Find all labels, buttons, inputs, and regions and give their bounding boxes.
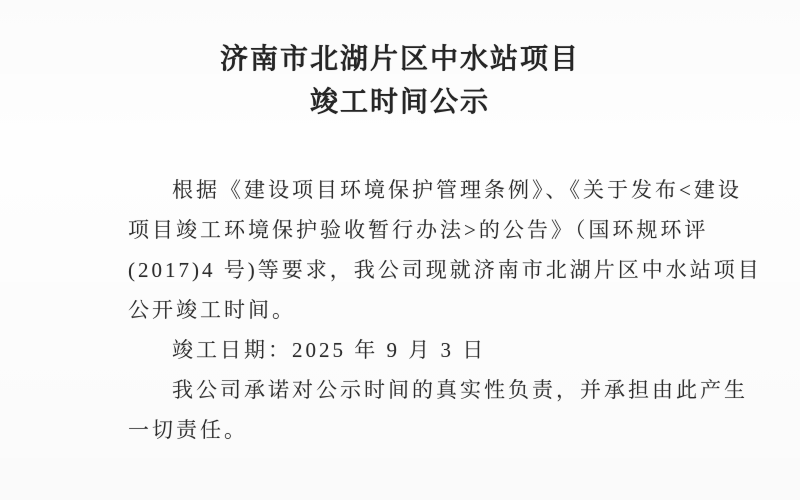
- document-title-line1: 济南市北湖片区中水站项目: [0, 38, 800, 81]
- body-line-completion-date: 竣工日期：2025 年 9 月 3 日: [128, 330, 680, 370]
- body-line-2: 项目竣工环境保护验收暂行办法>的公告》（国环规环评: [128, 210, 680, 250]
- document-title-line2: 竣工时间公示: [0, 81, 800, 124]
- body-line-6: 我公司承诺对公示时间的真实性负责，并承担由此产生: [128, 370, 680, 410]
- body-line-1: 根据《建设项目环境保护管理条例》、《关于发布<建设: [128, 170, 680, 210]
- scanned-notice-document: 济南市北湖片区中水站项目 竣工时间公示 根据《建设项目环境保护管理条例》、《关于…: [0, 0, 800, 500]
- document-title: 济南市北湖片区中水站项目 竣工时间公示: [0, 38, 800, 124]
- body-line-4: 公开竣工时间。: [128, 290, 680, 330]
- body-line-3: (2017)4 号)等要求，我公司现就济南市北湖片区中水站项目: [128, 250, 680, 290]
- document-body: 根据《建设项目环境保护管理条例》、《关于发布<建设 项目竣工环境保护验收暂行办法…: [128, 170, 680, 450]
- body-line-7: 一切责任。: [128, 410, 680, 450]
